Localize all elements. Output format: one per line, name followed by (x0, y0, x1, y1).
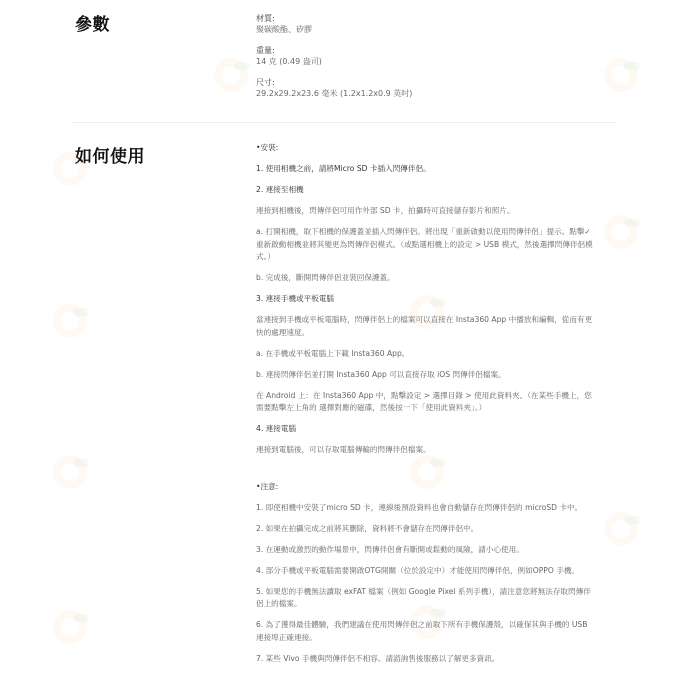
note-item: 1. 即使相機中安裝了micro SD 卡，連線後預設資料也會自動儲存在閃傳伴侶… (256, 502, 596, 515)
install-step: b. 連接閃傳伴侶並打開 Insta360 App 可以直接存取 iOS 閃傳伴… (256, 369, 596, 382)
note-item: 3. 在運動或激烈的動作場景中，閃傳伴侶會有斷開或鬆動的風險，請小心使用。 (256, 544, 596, 557)
spec-value: 聚碳酸酯、矽膠 (256, 24, 596, 35)
watermark-logo-icon (53, 304, 87, 338)
usage-content: •安裝: 1. 使用相機之前，請將Micro SD 卡插入閃傳伴侶。 2. 連接… (256, 142, 596, 674)
note-item: 4. 部分手機或平板電腦需要開啟OTG開關（位於設定中）才能使用閃傳伴侶，例如O… (256, 565, 596, 578)
spec-value: 14 克 (0.49 盎司) (256, 56, 596, 67)
spec-label: 尺寸: (256, 77, 596, 88)
watermark-logo-icon (214, 58, 248, 92)
install-step: a. 在手機或平板電腦上下載 Insta360 App。 (256, 348, 596, 361)
install-step: 連接到相機後，閃傳伴侶可用作外部 SD 卡，拍攝時可直接儲存影片和照片。 (256, 205, 596, 218)
note-item: 2. 如果在拍攝完成之前將其刪除，資料將不會儲存在閃傳伴侶中。 (256, 523, 596, 536)
install-step: 連接到電腦後，可以存取電腦傳輸的閃傳伴侶檔案。 (256, 444, 596, 457)
spec-material: 材質: 聚碳酸酯、矽膠 (256, 13, 596, 35)
note-item: 6. 為了獲得最佳體驗，我們建議在使用閃傳伴侶之前取下所有手機保護殼，以確保其與… (256, 619, 596, 644)
spec-weight: 重量: 14 克 (0.49 盎司) (256, 45, 596, 67)
watermark-logo-icon (53, 610, 87, 644)
install-step: b. 完成後，斷開閃傳伴侶並裝回保護蓋。 (256, 272, 596, 285)
spec-label: 材質: (256, 13, 596, 24)
install-step: 3. 連接手機或平板電腦 (256, 293, 596, 306)
note-item: 5. 如果您的手機無法讀取 exFAT 檔案（例如 Google Pixel 系… (256, 586, 596, 611)
note-item: 7. 某些 Vivo 手機與閃傳伴侶不相容。請諮詢售後服務以了解更多資訊。 (256, 653, 596, 666)
install-step: 1. 使用相機之前，請將Micro SD 卡插入閃傳伴侶。 (256, 163, 596, 176)
spec-label: 重量: (256, 45, 596, 56)
install-step: a. 打開相機，取下相機的保護蓋並插入閃傳伴侶。將出現「重新啟動以使用閃傳伴侶」… (256, 226, 596, 264)
notes-heading: •注意: (256, 481, 596, 494)
watermark-logo-icon (53, 455, 87, 489)
specs-list: 材質: 聚碳酸酯、矽膠 重量: 14 克 (0.49 盎司) 尺寸: 29.2x… (256, 13, 596, 109)
install-step: 當連接到手機或平板電腦時，閃傳伴侶上的檔案可以直接在 Insta360 App … (256, 314, 596, 339)
section-divider (72, 122, 616, 123)
install-step: 2. 連接至相機 (256, 184, 596, 197)
watermark-logo-icon (604, 215, 638, 249)
usage-title: 如何使用 (75, 142, 145, 167)
specs-title: 參數 (75, 10, 110, 35)
install-heading: •安裝: (256, 142, 596, 155)
watermark-logo-icon (604, 58, 638, 92)
spec-value: 29.2x29.2x23.6 毫米 (1.2x1.2x0.9 英吋) (256, 88, 596, 99)
watermark-logo-icon (604, 512, 638, 546)
install-step: 4. 連接電腦 (256, 423, 596, 436)
install-step: 在 Android 上：在 Insta360 App 中，點擊設定 > 選擇目錄… (256, 390, 596, 415)
spec-dimensions: 尺寸: 29.2x29.2x23.6 毫米 (1.2x1.2x0.9 英吋) (256, 77, 596, 99)
